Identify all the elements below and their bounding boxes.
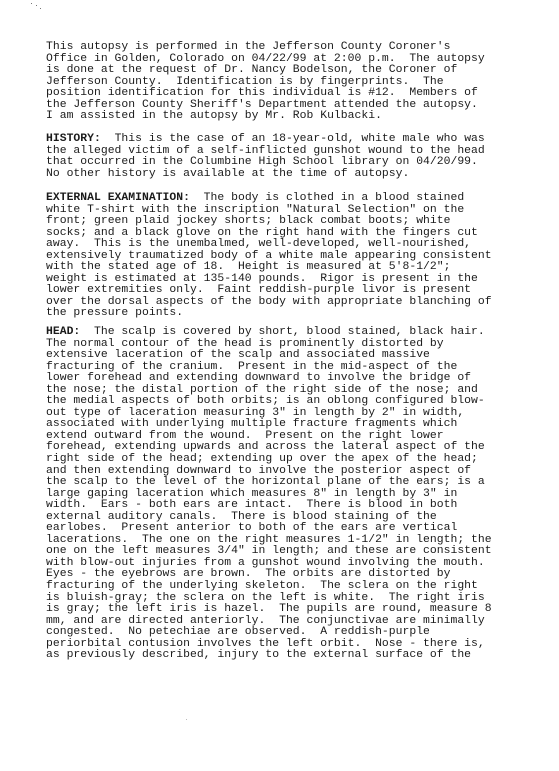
line-text: Jefferson County. Identification is by f… — [46, 76, 444, 88]
external-examination-paragraph: EXTERNAL EXAMINATION: The body is clothe… — [46, 193, 492, 320]
line-text: lower forehead and extending downward to… — [46, 372, 471, 384]
line-text: out type of laceration measuring 3" in l… — [46, 407, 464, 419]
scan-speck — [36, 5, 37, 6]
line-text: the medial aspects of both orbits; is an… — [46, 395, 485, 407]
scan-speck — [40, 8, 41, 9]
line-text: is done at the request of Dr. Nancy Bode… — [46, 64, 457, 76]
text-line: No other history is available at the tim… — [46, 169, 485, 181]
line-text: away. This is the unembalmed, well-devel… — [46, 238, 471, 250]
line-text: extensively traumatized body of a white … — [46, 250, 492, 262]
line-text: extensive laceration of the scalp and as… — [46, 349, 430, 361]
line-text: large gaping laceration which measures 8… — [46, 488, 457, 500]
line-text: lacerations. The one on the right measur… — [46, 534, 492, 546]
line-text: with the stated age of 18. Height is mea… — [46, 261, 450, 273]
intro-paragraph: This autopsy is performed in the Jeffers… — [46, 42, 485, 123]
line-text: lower extremities only. Faint reddish-pu… — [46, 284, 471, 296]
line-text: This autopsy is performed in the Jeffers… — [46, 41, 450, 53]
line-text: over the dorsal aspects of the body with… — [46, 296, 492, 308]
line-text: the nose; the distal portion of the righ… — [46, 384, 478, 396]
text-line: as previously described, injury to the e… — [46, 650, 492, 662]
line-text: Office in Golden, Colorado on 04/22/99 a… — [46, 53, 485, 65]
line-text: the alleged victim of a self-inflicted g… — [46, 145, 485, 157]
section-heading: EXTERNAL EXAMINATION: — [46, 192, 190, 204]
line-text: fracturing of the underlying skeleton. T… — [46, 580, 478, 592]
line-text: fracturing of the cranium. Present in th… — [46, 361, 457, 373]
line-text: I am assisted in the autopsy by Mr. Rob … — [46, 110, 382, 122]
line-text: the scalp to the level of the horizontal… — [46, 476, 485, 488]
line-text: No other history is available at the tim… — [46, 168, 409, 180]
line-text: and then extending downward to involve t… — [46, 465, 471, 477]
line-text: periorbital contusion involves the left … — [46, 638, 485, 650]
line-text: earlobes. Present anterior to both of th… — [46, 522, 457, 534]
line-text: is gray; the left iris is hazel. The pup… — [46, 603, 492, 615]
line-text: the pressure points. — [46, 307, 183, 319]
line-text: one on the left measures 3/4" in length;… — [46, 545, 492, 557]
section-heading: HISTORY: — [46, 133, 101, 145]
scan-speck — [186, 719, 187, 720]
line-text: position identification for this individ… — [46, 87, 478, 99]
line-text: white T-shirt with the inscription "Natu… — [46, 204, 464, 216]
line-text: associated with underlying multiple frac… — [46, 418, 457, 430]
line-text: is bluish-gray; the sclera on the left i… — [46, 592, 485, 604]
line-text: extend outward from the wound. Present o… — [46, 430, 444, 442]
line-text: right side of the head; extending up ove… — [46, 453, 478, 465]
document-page: This autopsy is performed in the Jeffers… — [0, 0, 559, 771]
line-text: congested. No petechiae are observed. A … — [46, 626, 430, 638]
line-text: as previously described, injury to the e… — [46, 649, 471, 661]
line-text: front; green plaid jockey shorts; black … — [46, 215, 450, 227]
line-text: forehead, extending upwards and across t… — [46, 441, 485, 453]
history-paragraph: HISTORY: This is the case of an 18-year-… — [46, 134, 485, 180]
line-text: weight is estimated at 135-140 pounds. R… — [46, 273, 478, 285]
line-text: The scalp is covered by short, blood sta… — [80, 326, 484, 338]
line-text: The body is clothed in a blood stained — [190, 192, 464, 204]
line-text: This is the case of an 18-year-old, whit… — [101, 133, 485, 145]
line-text: The normal contour of the head is promin… — [46, 338, 444, 350]
scan-speck — [31, 3, 32, 4]
line-text: with blow-out injuries from a gunshot wo… — [46, 557, 485, 569]
line-text: socks; and a black glove on the right ha… — [46, 227, 478, 239]
section-heading: HEAD: — [46, 326, 80, 338]
text-line: the pressure points. — [46, 308, 492, 320]
text-line: I am assisted in the autopsy by Mr. Rob … — [46, 111, 485, 123]
line-text: Eyes - the eyebrows are brown. The orbit… — [46, 568, 450, 580]
line-text: external auditory canals. There is blood… — [46, 511, 437, 523]
line-text: mm, and are directed anteriorly. The con… — [46, 615, 485, 627]
line-text: that occurred in the Columbine High Scho… — [46, 156, 478, 168]
line-text: the Jefferson County Sheriff's Departmen… — [46, 99, 478, 111]
head-paragraph: HEAD: The scalp is covered by short, blo… — [46, 327, 492, 662]
line-text: width. Ears - both ears are intact. Ther… — [46, 499, 457, 511]
